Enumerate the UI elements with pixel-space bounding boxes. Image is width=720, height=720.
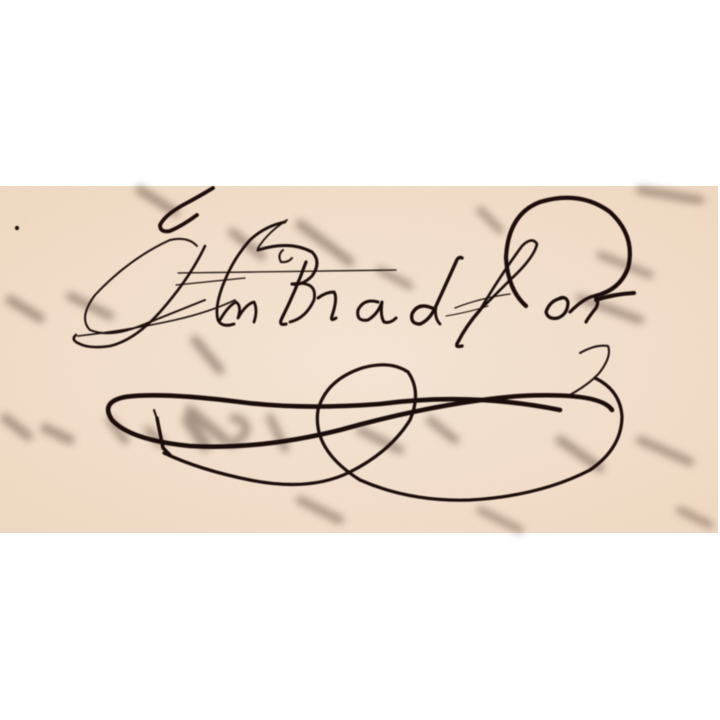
signature-photo xyxy=(0,0,720,720)
ink-dot xyxy=(15,226,18,229)
